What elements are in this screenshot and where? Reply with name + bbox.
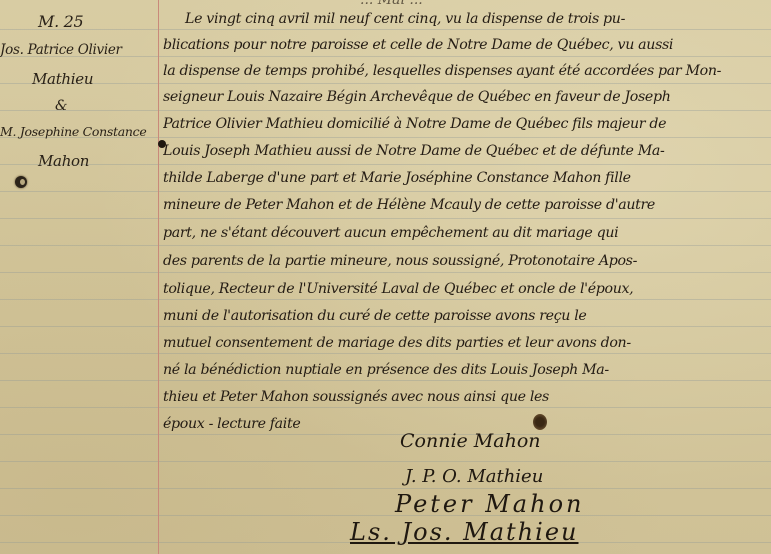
body-line: né la bénédiction nuptiale en présence d… bbox=[163, 359, 769, 381]
header-fragment: ... Mai ... bbox=[360, 0, 423, 8]
groom-surname: Mathieu bbox=[32, 70, 93, 88]
body-line: blications pour notre paroisse et celle … bbox=[163, 34, 769, 56]
body-line: mutuel consentement de mariage des dits … bbox=[163, 332, 769, 354]
bride-surname: Mahon bbox=[38, 152, 89, 170]
body-line: muni de l'autorisation du curé de cette … bbox=[163, 305, 769, 327]
punch-hole bbox=[15, 176, 27, 188]
body-line: Louis Joseph Mathieu aussi de Notre Dame… bbox=[163, 140, 769, 162]
body-line: seigneur Louis Nazaire Bégin Archevêque … bbox=[163, 86, 769, 108]
signature-bride-father: Peter Mahon bbox=[395, 490, 584, 518]
bride-name: M. Josephine Constance bbox=[0, 124, 146, 139]
body-line: Patrice Olivier Mathieu domicilié à Notr… bbox=[163, 113, 769, 135]
body-line: thieu et Peter Mahon soussignés avec nou… bbox=[163, 386, 769, 408]
connector-ampersand: & bbox=[55, 98, 67, 114]
signature-groom: J. P. O. Mathieu bbox=[405, 466, 543, 487]
signature-bride: Connie Mahon bbox=[400, 430, 541, 452]
signature-groom-father: Ls. Jos. Mathieu bbox=[350, 518, 578, 546]
entry-number: M. 25 bbox=[38, 12, 83, 31]
body-line: Le vingt cinq avril mil neuf cent cinq, … bbox=[163, 8, 769, 30]
body-line: mineure de Peter Mahon et de Hélène Mcau… bbox=[163, 194, 769, 216]
groom-name: Jos. Patrice Olivier bbox=[0, 42, 122, 58]
margin-note: M. 25 Jos. Patrice Olivier Mathieu & M. … bbox=[0, 0, 158, 554]
body-line: des parents de la partie mineure, nous s… bbox=[163, 250, 769, 272]
margin-rule bbox=[158, 0, 159, 554]
body-line: la dispense de temps prohibé, lesquelles… bbox=[163, 60, 769, 82]
body-line: part, ne s'étant découvert aucun empêche… bbox=[163, 222, 769, 244]
body-line: thilde Laberge d'une part et Marie Josép… bbox=[163, 167, 769, 189]
register-page: ... Mai ... M. 25 Jos. Patrice Olivier M… bbox=[0, 0, 771, 554]
body-line: tolique, Recteur de l'Université Laval d… bbox=[163, 278, 769, 300]
